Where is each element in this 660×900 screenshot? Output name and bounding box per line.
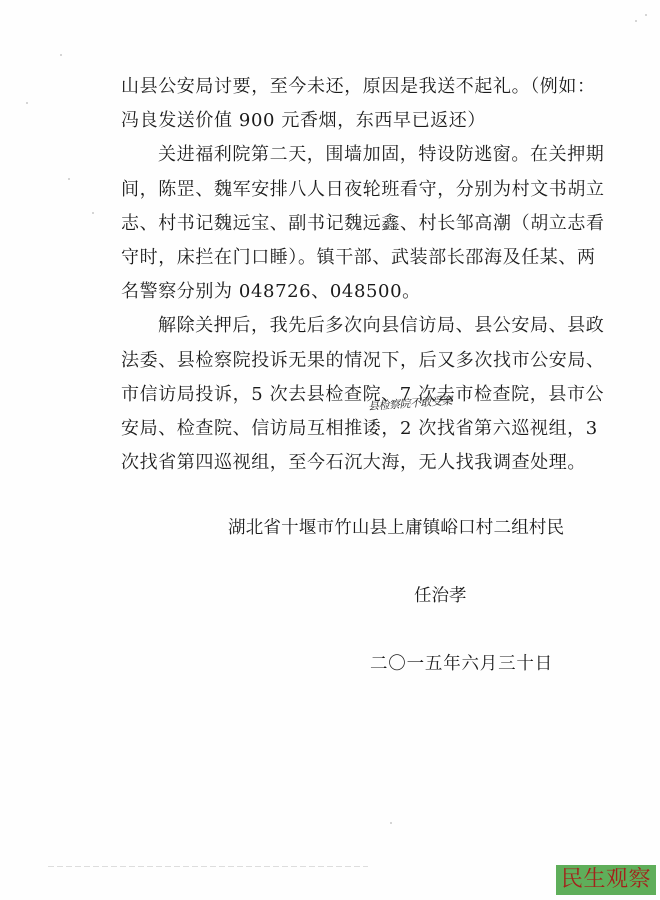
scan-speck (60, 54, 62, 56)
scan-speck (635, 20, 637, 22)
paragraph-2: 关进福利院第二天，围墙加固，特设防逃窗。在关押期 间，陈罡、魏军安排八人日夜轮班… (121, 138, 579, 309)
watermark-text: 民生观察 (561, 869, 651, 891)
watermark-badge: 民生观察 (556, 865, 656, 895)
signature-date: 二〇一五年六月三十日 (370, 650, 553, 675)
scan-speck (68, 178, 70, 180)
signature-address: 湖北省十堰市竹山县上庸镇峪口村二组村民 (228, 514, 564, 539)
text-line: 次找省第四巡视组，至今石沉大海，无人找我调查处理。 (121, 446, 579, 480)
text-line: 市信访局投诉，5 次去县检查院、7 次去市检查院，县市公 (121, 378, 579, 412)
text-line: 间，陈罡、魏军安排八人日夜轮班看守，分别为村文书胡立 (121, 173, 579, 207)
text-line: 关进福利院第二天，围墙加固，特设防逃窗。在关押期 (121, 138, 579, 172)
text-line: 法委、县检察院投诉无果的情况下，后又多次找市公安局、 (121, 344, 579, 378)
scan-speck (26, 102, 28, 104)
scan-speck (645, 14, 647, 16)
text-line: 冯良发送价值 900 元香烟，东西早已返还） (121, 104, 579, 138)
letter-body: 山县公安局讨要，至今未还，原因是我送不起礼。（例如： 冯良发送价值 900 元香… (121, 70, 579, 480)
scan-speck (390, 822, 392, 824)
text-line: 安局、检查院、信访局互相推诿，2 次找省第六巡视组，3 (121, 412, 579, 446)
scan-artifact-line (48, 866, 368, 867)
text-line: 守时，床拦在门口睡）。镇干部、武装部长邵海及任某、两 (121, 241, 579, 275)
text-line: 解除关押后，我先后多次向县信访局、县公安局、县政 (121, 309, 579, 343)
text-line: 山县公安局讨要，至今未还，原因是我送不起礼。（例如： (121, 70, 579, 104)
signature-name: 任治孝 (414, 582, 467, 607)
scanned-letter-page: 山县公安局讨要，至今未还，原因是我送不起礼。（例如： 冯良发送价值 900 元香… (0, 0, 660, 900)
paragraph-3: 解除关押后，我先后多次向县信访局、县公安局、县政 法委、县检察院投诉无果的情况下… (121, 309, 579, 480)
text-line: 名警察分别为 048726、048500。 (121, 275, 579, 309)
paragraph-1: 山县公安局讨要，至今未还，原因是我送不起礼。（例如： 冯良发送价值 900 元香… (121, 70, 579, 138)
text-line: 志、村书记魏远宝、副书记魏远鑫、村长邹高潮（胡立志看 (121, 207, 579, 241)
scan-speck (92, 212, 94, 214)
